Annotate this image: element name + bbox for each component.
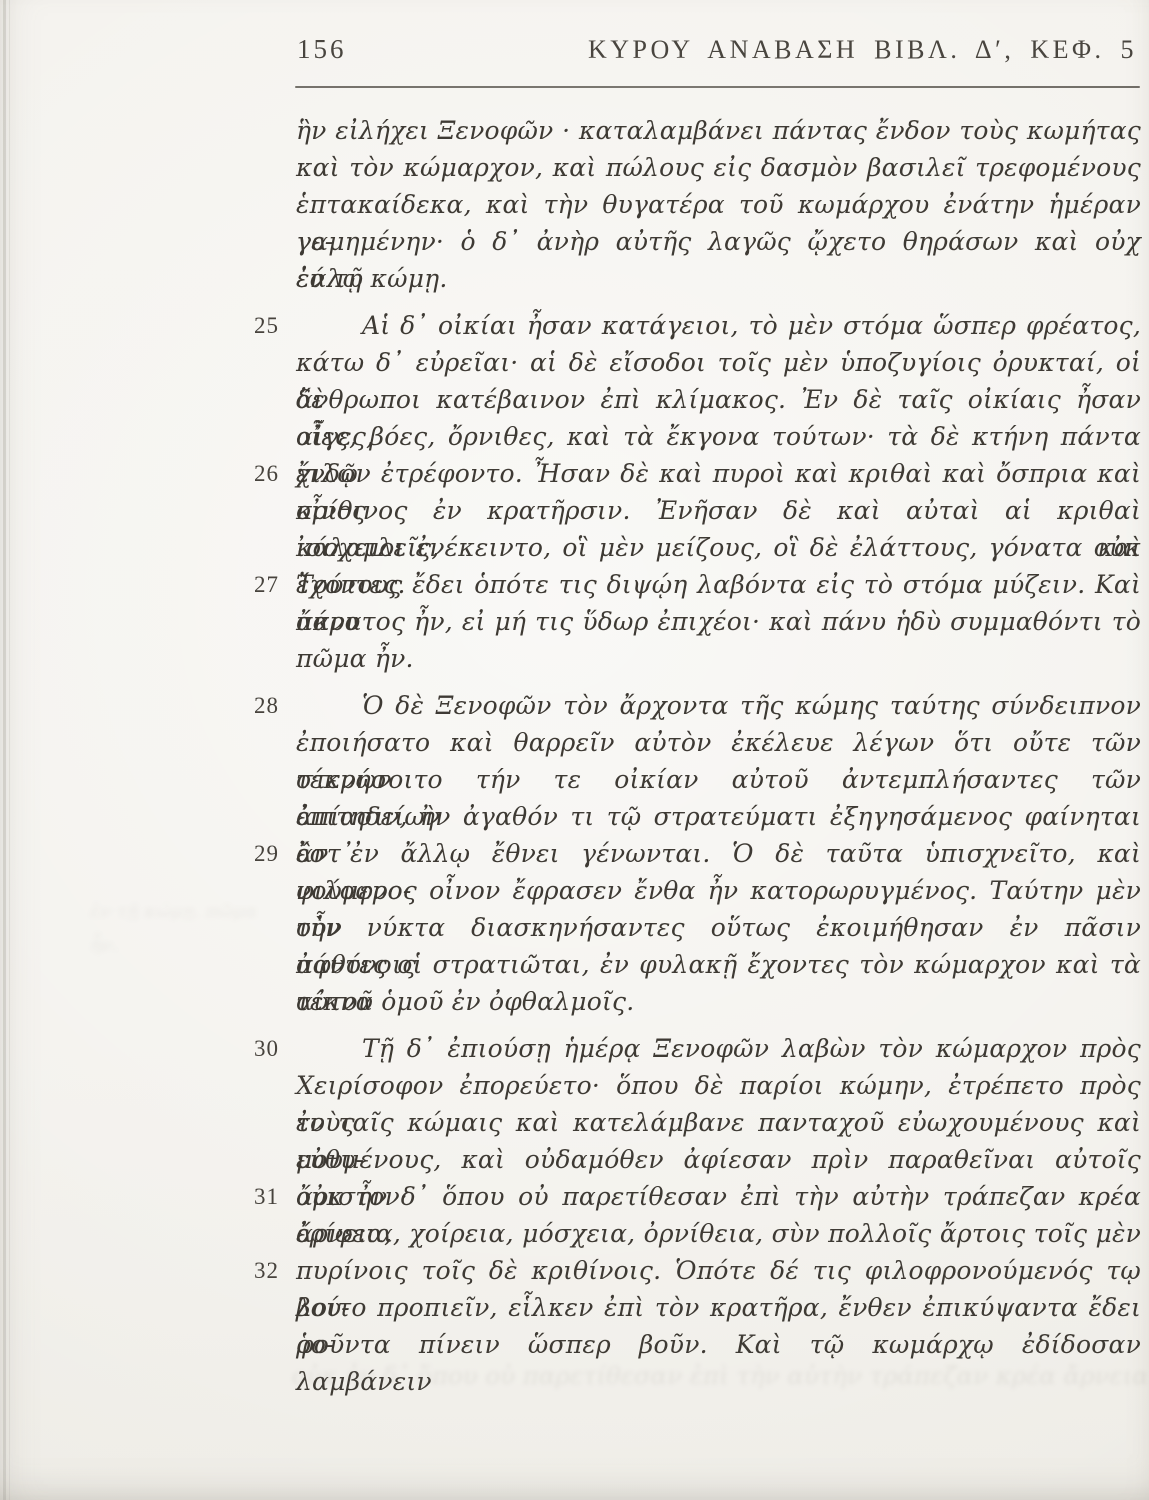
section-number: 30 (254, 1030, 294, 1067)
greek-text: καὶ τὸν κώμαρχον, καὶ πώλους εἰς δασμὸν … (296, 153, 1141, 182)
text-line: κάτω δ᾽ εὐρεῖαι· αἱ δὲ εἴσοδοι τοῖς μὲν … (296, 344, 1141, 381)
section-number: 32 (254, 1252, 294, 1289)
text-line: μουμένους, καὶ οὐδαμόθεν ἀφίεσαν πρὶν πα… (296, 1141, 1141, 1178)
text-line: οἶες, βόες, ὄρνιθες, καὶ τὰ ἔκγονα τούτω… (296, 418, 1141, 455)
section-number: 27 (254, 566, 294, 603)
scanned-book-page: 156 ΚΥΡΟΥ ΑΝΑΒΑΣΗ ΒΙΒΛ. Δ′, ΚΕΦ. 5 ἣν εἰ… (0, 0, 1149, 1500)
text-line: πῶμα ἦν. (296, 640, 1141, 677)
text-line: αὐτοῦ ὁμοῦ ἐν ὀφθαλμοῖς. (296, 983, 1141, 1020)
text-line: στερήσοιτο τήν τε οἰκίαν αὐτοῦ ἀντεμπλήσ… (296, 761, 1141, 798)
text-line: ἣν εἰλήχει Ξενοφῶν · καταλαμβάνει πάντας… (296, 112, 1141, 149)
section-number: 29 (254, 835, 294, 872)
text-line: φοῦντα πίνειν ὥσπερ βοῦν. Καὶ τῷ κωμάρχῳ… (296, 1326, 1141, 1363)
text-line: λοιτο προπιεῖν, εἷλκεν ἐπὶ τὸν κρατῆρα, … (296, 1289, 1141, 1326)
header-rule (295, 86, 1140, 88)
text-line: Χειρίσοφον ἐπορεύετο· ὅπου δὲ παρίοι κώμ… (296, 1067, 1141, 1104)
text-line: ἄκρατος ἦν, εἰ μή τις ὕδωρ ἐπιχέοι· καὶ … (296, 603, 1141, 640)
greek-text: Αἱ δ᾽ οἰκίαι ἦσαν κατάγειοι, τὸ μὲν στόμ… (362, 311, 1141, 340)
text-line: τὴν νύκτα διασκηνήσαντες οὕτως ἐκοιμήθησ… (296, 909, 1141, 946)
text-line: 25Αἱ δ᾽ οἰκίαι ἦσαν κατάγειοι, τὸ μὲν στ… (296, 307, 1141, 344)
text-line: 30Τῇ δ᾽ ἐπιούσῃ ἡμέρᾳ Ξενοφῶν λαβὼν τὸν … (296, 1030, 1141, 1067)
text-line: ἀπίασιν, ἢν ἀγαθόν τι τῷ στρατεύματι ἐξη… (296, 798, 1141, 835)
text-line: πάντες οἱ στρατιῶται, ἐν φυλακῇ ἔχοντες … (296, 946, 1141, 983)
greek-text: ἄκρατος ἦν, εἰ μή τις ὕδωρ ἐπιχέοι· καὶ … (296, 607, 1141, 636)
text-line: νούμενος οἶνον ἔφρασεν ἔνθα ἦν κατορωρυγ… (296, 872, 1141, 909)
greek-text: αὐτοῦ ὁμοῦ ἐν ὀφθαλμοῖς. (296, 987, 634, 1016)
section-number: 26 (254, 455, 294, 492)
bleed-through-ghost-margin: ἐν τῇ κώμῃ. πῶμα ἦν. (90, 895, 269, 1045)
greek-text: πῶμα ἦν. (296, 644, 414, 673)
text-line: 26ἔνδον ἐτρέφοντο. Ἦσαν δὲ καὶ πυροὶ καὶ… (296, 455, 1141, 492)
section-number: 31 (254, 1178, 294, 1215)
text-line: 29ἂν ἐν ἄλλῳ ἔθνει γένωνται. Ὁ δὲ ταῦτα … (296, 835, 1141, 872)
text-line: ἐν ταῖς κώμαις καὶ κατελάμβανε πανταχοῦ … (296, 1104, 1141, 1141)
scan-edge-line (3, 0, 6, 1500)
text-line: ἐρίφεια, χοίρεια, μόσχεια, ὀρνίθεια, σὺν… (296, 1215, 1141, 1252)
text-line: ἄνθρωποι κατέβαινον ἐπὶ κλίμακος. Ἐν δὲ … (296, 381, 1141, 418)
text-line: ἐν τῇ κώμῃ. (296, 260, 1141, 297)
page-number: 156 (297, 34, 347, 65)
text-line: κάλαμοι ἐνέκειντο, οἳ μὲν μείζους, οἳ δὲ… (296, 529, 1141, 566)
text-line: κρίθινος ἐν κρατῆρσιν. Ἐνῆσαν δὲ καὶ αὐτ… (296, 492, 1141, 529)
text-line: ἑπτακαίδεκα, καὶ τὴν θυγατέρα τοῦ κωμάρχ… (296, 186, 1141, 223)
section-number: 28 (254, 687, 294, 724)
greek-text: ἣν εἰλήχει Ξενοφῶν · καταλαμβάνει πάντας… (296, 116, 1141, 145)
section-number: 25 (254, 307, 294, 344)
text-line: 27Τούτους ἔδει ὁπότε τις διψῴη λαβόντα ε… (296, 566, 1141, 603)
text-body: ἣν εἰλήχει Ξενοφῶν · καταλαμβάνει πάντας… (296, 112, 1141, 1363)
greek-text: Τῇ δ᾽ ἐπιούσῃ ἡμέρᾳ Ξενοφῶν λαβὼν τὸν κώ… (362, 1034, 1141, 1063)
running-head: ΚΥΡΟΥ ΑΝΑΒΑΣΗ ΒΙΒΛ. Δ′, ΚΕΦ. 5 (588, 35, 1137, 65)
text-line: 28Ὁ δὲ Ξενοφῶν τὸν ἄρχοντα τῆς κώμης ταύ… (296, 687, 1141, 724)
scan-edge-line (9, 0, 10, 1500)
text-line: ἐποιήσατο καὶ θαρρεῖν αὐτὸν ἐκέλευε λέγω… (296, 724, 1141, 761)
text-line: 31οὐκ ἦν δ᾽ ὅπου οὐ παρετίθεσαν ἐπὶ τὴν … (296, 1178, 1141, 1215)
greek-text: ἐρίφεια, χοίρεια, μόσχεια, ὀρνίθεια, σὺν… (296, 1219, 1141, 1248)
text-line: 32πυρίνοις τοῖς δὲ κριθίνοις. Ὁπότε δέ τ… (296, 1252, 1141, 1289)
text-line: γαμημένην· ὁ δ᾽ ἀνὴρ αὐτῆς λαγῶς ᾤχετο θ… (296, 223, 1141, 260)
greek-text: Ὁ δὲ Ξενοφῶν τὸν ἄρχοντα τῆς κώμης ταύτη… (362, 691, 1141, 720)
text-line: καὶ τὸν κώμαρχον, καὶ πώλους εἰς δασμὸν … (296, 149, 1141, 186)
greek-text: ἐν τῇ κώμῃ. (296, 264, 447, 293)
greek-text: φοῦντα πίνειν ὥσπερ βοῦν. Καὶ τῷ κωμάρχῳ… (296, 1330, 1141, 1396)
